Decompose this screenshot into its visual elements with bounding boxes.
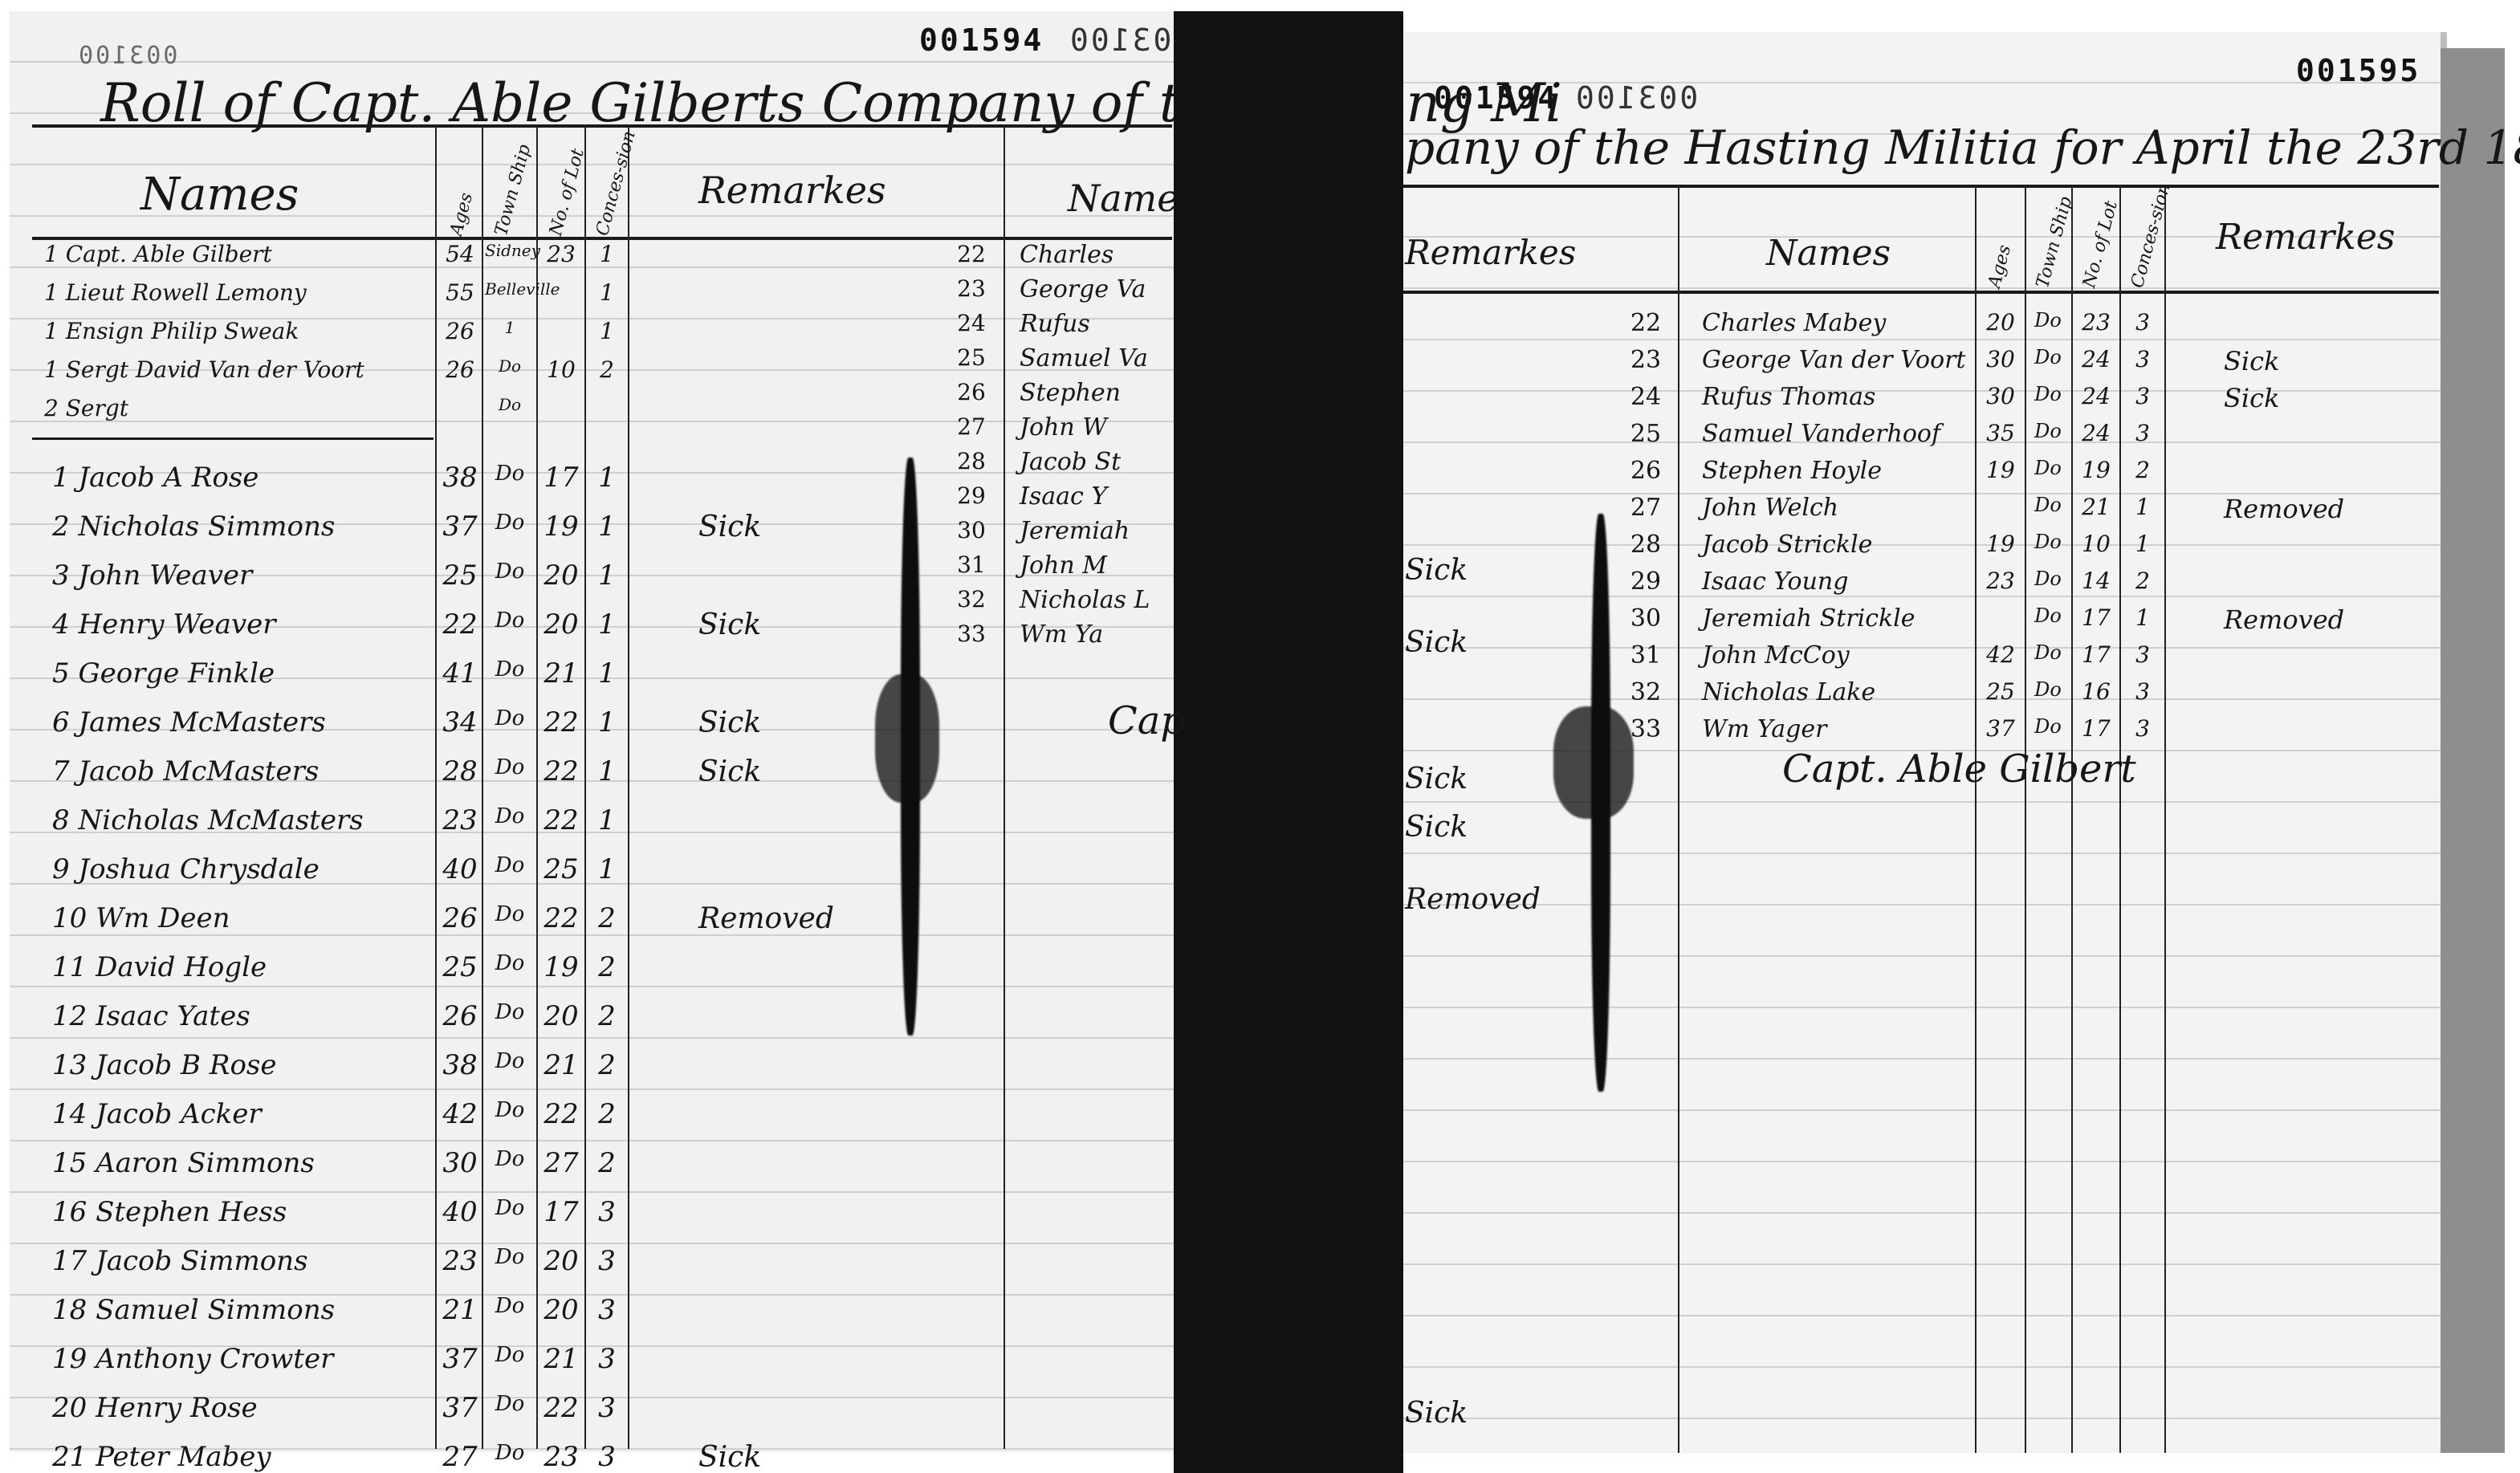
col-rule [536, 124, 538, 1449]
officer-name: 2 Sergt [44, 395, 128, 421]
lot-cell: 19 [539, 511, 583, 543]
private-name: Jeremiah Strickle [1702, 604, 1915, 633]
remark-cell: Sick [1405, 554, 1468, 587]
row-number: 32 [947, 586, 995, 612]
township-cell: Do [485, 1196, 535, 1220]
township-cell: Do [2026, 641, 2070, 664]
township-cell: Sidney [485, 241, 535, 260]
township-cell: Do [2026, 309, 2070, 332]
private-name: Wm Yager [1702, 715, 1826, 743]
concession-cell: 2 [588, 951, 626, 983]
col-rule [584, 124, 586, 1449]
lot-cell: 17 [2074, 715, 2118, 742]
row-number: 22 [1622, 309, 1670, 337]
remark-cell: Sick [698, 755, 761, 788]
lot-cell: 20 [539, 1245, 583, 1277]
private-name: 14 Jacob Acker [52, 1098, 262, 1130]
township-cell: Do [485, 951, 535, 975]
township-cell: Do [485, 1343, 535, 1367]
private-name-partial: Samuel Va [1020, 344, 1148, 372]
row-number: 24 [947, 310, 995, 336]
row-number: 27 [1622, 494, 1670, 522]
township-cell: Do [2026, 531, 2070, 553]
remark-cell: Sick [1405, 763, 1468, 796]
lot-cell: 22 [539, 902, 583, 934]
officer-name: 1 Ensign Philip Sweak [44, 318, 299, 344]
ink-blot [875, 674, 939, 803]
private-name-partial: Wm Ya [1020, 621, 1103, 649]
lot-cell: 17 [2074, 641, 2118, 668]
township-cell: Do [485, 356, 535, 376]
private-name: 11 David Hogle [52, 951, 267, 983]
lot-cell: 21 [539, 1049, 583, 1081]
private-name: 19 Anthony Crowter [52, 1343, 333, 1375]
concession-cell: 1 [2123, 531, 2163, 557]
age-cell: 37 [440, 511, 480, 543]
township-cell: Do [485, 395, 535, 414]
age-cell: 37 [440, 1343, 480, 1375]
concession-cell: 1 [588, 279, 626, 306]
private-name-partial: Nicholas L [1020, 586, 1150, 614]
col-rule [1678, 185, 1679, 1453]
private-name: 16 Stephen Hess [52, 1196, 287, 1228]
age-cell: 42 [1978, 641, 2023, 668]
lot-cell: 21 [539, 1343, 583, 1375]
lot-cell: 21 [539, 657, 583, 690]
age-cell: 30 [1978, 383, 2023, 409]
private-name: Nicholas Lake [1702, 678, 1875, 706]
lot-cell: 23 [539, 241, 583, 267]
remark-cell: Removed [698, 902, 834, 935]
remark-cell: Removed [2224, 494, 2344, 524]
lot-cell: 19 [2074, 457, 2118, 483]
township-cell: Do [485, 511, 535, 535]
concession-cell: 2 [2123, 457, 2163, 483]
row-number: 33 [947, 621, 995, 647]
age-cell: 23 [1978, 568, 2023, 594]
concession-cell: 3 [588, 1441, 626, 1473]
row-number: 29 [947, 482, 995, 509]
private-name: Samuel Vanderhoof [1702, 420, 1940, 448]
private-name: 5 George Finkle [52, 657, 275, 690]
age-cell: 30 [440, 1147, 480, 1179]
concession-cell: 3 [588, 1245, 626, 1277]
age-cell: 25 [1978, 678, 2023, 705]
concession-cell: 3 [2123, 420, 2163, 446]
page-edge-shadow-right [2441, 48, 2505, 1453]
township-cell: Do [2026, 568, 2070, 590]
row-number: 27 [947, 413, 995, 440]
names-header: Names [140, 169, 299, 221]
private-name-partial: George Va [1020, 275, 1146, 303]
age-cell: 30 [1978, 346, 2023, 372]
township-cell: Do [2026, 420, 2070, 442]
lot-cell: 22 [539, 1098, 583, 1130]
col-rule [1975, 185, 1977, 1453]
private-name: 17 Jacob Simmons [52, 1245, 308, 1277]
private-name: Stephen Hoyle [1702, 457, 1882, 485]
concession-cell: 3 [2123, 641, 2163, 668]
remark-cell: Sick [698, 511, 761, 543]
private-name: 20 Henry Rose [52, 1392, 258, 1424]
concession-cell: 3 [2123, 678, 2163, 705]
remark-cell: Sick [1405, 626, 1468, 659]
names-header: Names [1766, 233, 1891, 274]
roll-title-right: pany of the Hasting Militia for April th… [1405, 120, 2520, 175]
age-cell: 19 [1978, 457, 2023, 483]
row-number: 23 [1622, 346, 1670, 374]
age-cell: 40 [440, 1196, 480, 1228]
township-cell: Do [485, 853, 535, 877]
private-name: 8 Nicholas McMasters [52, 804, 364, 836]
row-number: 30 [947, 517, 995, 543]
concession-cell: 1 [588, 706, 626, 739]
age-cell: 26 [440, 318, 480, 344]
township-cell: Do [485, 706, 535, 730]
concession-cell: 2 [588, 1147, 626, 1179]
concession-cell: 1 [2123, 604, 2163, 631]
private-name: Isaac Young [1702, 568, 1848, 596]
remarks-header: Remarkes [2216, 217, 2395, 258]
lot-cell: 17 [539, 462, 583, 494]
col-rule [2071, 185, 2073, 1453]
private-name: 1 Jacob A Rose [52, 462, 259, 494]
concession-cell: 2 [588, 1000, 626, 1032]
private-name-partial: Isaac Y [1020, 482, 1107, 511]
row-number: 29 [1622, 568, 1670, 596]
ink-blot [1553, 706, 1634, 819]
lot-cell: 20 [539, 1294, 583, 1326]
row-number: 30 [1622, 604, 1670, 633]
stamp-number: 001595 [2296, 53, 2420, 88]
col-rule [628, 124, 629, 1449]
township-cell: Do [2026, 457, 2070, 479]
township-cell: Do [2026, 678, 2070, 701]
remark-cell: Sick [2224, 346, 2279, 376]
age-cell: 19 [1978, 531, 2023, 557]
lot-cell: 22 [539, 706, 583, 739]
concession-cell: 3 [588, 1294, 626, 1326]
scan-binding-gap [1174, 11, 1403, 1473]
concession-cell: 1 [588, 608, 626, 641]
lot-cell: 24 [2074, 420, 2118, 446]
age-cell: 23 [440, 1245, 480, 1277]
lot-cell: 24 [2074, 383, 2118, 409]
private-name-partial: John W [1020, 413, 1107, 441]
private-name: Charles Mabey [1702, 309, 1886, 337]
private-name-partial: Charles [1020, 241, 1113, 269]
concession-cell: 3 [2123, 309, 2163, 336]
lot-cell: 17 [539, 1196, 583, 1228]
age-cell: 35 [1978, 420, 2023, 446]
remark-cell: Sick [2224, 383, 2279, 413]
age-cell: 55 [440, 279, 480, 306]
concession-cell: 1 [2123, 494, 2163, 520]
age-cell: 23 [440, 804, 480, 836]
row-number: 25 [947, 344, 995, 371]
private-name: 18 Samuel Simmons [52, 1294, 335, 1326]
age-cell: 54 [440, 241, 480, 267]
private-name: 12 Isaac Yates [52, 1000, 250, 1032]
age-cell: 38 [440, 462, 480, 494]
col-rule [2164, 185, 2166, 1453]
row-number: 28 [1622, 531, 1670, 559]
lot-cell: 20 [539, 1000, 583, 1032]
remark-cell: Removed [2224, 604, 2344, 635]
row-number: 25 [1622, 420, 1670, 448]
officer-name: 1 Lieut Rowell Lemony [44, 279, 307, 306]
remark-cell: Sick [698, 1441, 761, 1473]
private-name-partial: Jacob St [1020, 448, 1121, 476]
private-name: 2 Nicholas Simmons [52, 511, 335, 543]
lot-cell: 25 [539, 853, 583, 885]
concession-cell: 3 [2123, 715, 2163, 742]
officer-name: 1 Sergt David Van der Voort [44, 356, 364, 383]
township-cell: 1 [485, 318, 535, 337]
captain-signature: Capt. Able Gilbert [1782, 747, 2136, 791]
township-cell: Do [2026, 715, 2070, 738]
private-name: 3 John Weaver [52, 559, 252, 592]
age-cell: 26 [440, 902, 480, 934]
private-name: 15 Aaron Simmons [52, 1147, 315, 1179]
header-rule [32, 237, 1172, 240]
private-name: 21 Peter Mabey [52, 1441, 271, 1473]
township-cell: Do [485, 657, 535, 682]
row-number: 24 [1622, 383, 1670, 411]
concession-cell: 1 [588, 318, 626, 344]
row-number: 23 [947, 275, 995, 302]
private-name: 6 James McMasters [52, 706, 326, 739]
township-cell: Do [485, 608, 535, 633]
col-rule [2119, 185, 2121, 1453]
concession-cell: 2 [588, 356, 626, 383]
row-number: 22 [947, 241, 995, 267]
lot-cell: 16 [2074, 678, 2118, 705]
age-cell: 40 [440, 853, 480, 885]
private-name: Jacob Strickle [1702, 531, 1872, 559]
concession-cell: 1 [588, 853, 626, 885]
header-rule [1403, 185, 2439, 188]
officer-name: 1 Capt. Able Gilbert [44, 241, 272, 267]
remark-cell: Removed [1405, 883, 1541, 916]
concession-cell: 3 [2123, 383, 2163, 409]
lot-cell: 10 [539, 356, 583, 383]
township-cell: Do [485, 1245, 535, 1269]
lot-cell: 17 [2074, 604, 2118, 631]
township-cell: Do [2026, 604, 2070, 627]
private-name: 4 Henry Weaver [52, 608, 276, 641]
row-number: 31 [1622, 641, 1670, 669]
age-cell: 26 [440, 356, 480, 383]
remark-cell: Sick [698, 706, 761, 739]
row-number: 26 [947, 379, 995, 405]
age-cell: 25 [440, 951, 480, 983]
age-cell: 28 [440, 755, 480, 787]
concession-cell: 1 [588, 462, 626, 494]
row-number: 31 [947, 551, 995, 578]
private-name: 7 Jacob McMasters [52, 755, 319, 787]
captain-signature-partial: Cap [1108, 698, 1185, 743]
stamp-number: 001594 [919, 22, 1044, 58]
age-cell: 42 [440, 1098, 480, 1130]
concession-cell: 3 [2123, 346, 2163, 372]
private-name: John Welch [1702, 494, 1838, 522]
private-name: 9 Joshua Chrysdale [52, 853, 320, 885]
remark-cell: Sick [1405, 1397, 1468, 1430]
township-cell: Do [485, 1147, 535, 1171]
age-cell: 34 [440, 706, 480, 739]
lot-cell: 23 [539, 1441, 583, 1473]
lot-cell: 10 [2074, 531, 2118, 557]
private-name: George Van der Voort [1702, 346, 1966, 374]
concession-cell: 2 [588, 1049, 626, 1081]
lot-cell: 22 [539, 804, 583, 836]
remarks-header: Remarkes [698, 169, 886, 212]
concession-cell: 1 [588, 657, 626, 690]
age-cell: 37 [1978, 715, 2023, 742]
row-number: 26 [1622, 457, 1670, 485]
concession-cell: 2 [2123, 568, 2163, 594]
age-cell: 38 [440, 1049, 480, 1081]
private-name-partial: Rufus [1020, 310, 1090, 338]
concession-cell: 1 [588, 241, 626, 267]
private-name: John McCoy [1702, 641, 1850, 669]
stamp-number-mirrored: 003100 [1573, 80, 1698, 116]
remark-cell: Sick [698, 608, 761, 641]
concession-cell: 3 [588, 1343, 626, 1375]
private-name: 10 Wm Deen [52, 902, 230, 934]
lot-cell: 20 [539, 608, 583, 641]
private-name-partial: Jeremiah [1020, 517, 1130, 545]
col-rule [1004, 124, 1005, 1449]
township-cell: Do [485, 1049, 535, 1073]
township-cell: Do [485, 902, 535, 926]
lot-cell: 19 [539, 951, 583, 983]
township-cell: Do [485, 1441, 535, 1465]
lot-cell: 27 [539, 1147, 583, 1179]
age-cell: 41 [440, 657, 480, 690]
lot-cell: 22 [539, 1392, 583, 1424]
age-cell: 21 [440, 1294, 480, 1326]
concession-cell: 1 [588, 559, 626, 592]
remark-cell: Sick [1405, 811, 1468, 844]
lot-cell: 24 [2074, 346, 2118, 372]
private-name: Rufus Thomas [1702, 383, 1875, 411]
township-cell: Do [485, 755, 535, 779]
private-name: 13 Jacob B Rose [52, 1049, 277, 1081]
township-cell: Do [2026, 494, 2070, 516]
concession-cell: 3 [588, 1196, 626, 1228]
row-number: 32 [1622, 678, 1670, 706]
private-name-partial: Stephen [1020, 379, 1121, 407]
age-cell: 37 [440, 1392, 480, 1424]
township-cell: Do [485, 559, 535, 584]
concession-cell: 1 [588, 804, 626, 836]
concession-cell: 3 [588, 1392, 626, 1424]
age-cell: 26 [440, 1000, 480, 1032]
private-name-partial: John M [1020, 551, 1107, 580]
col-rule [482, 124, 483, 1449]
stamp-number-faint: 003100 [76, 42, 177, 70]
township-cell: Do [485, 1098, 535, 1122]
township-cell: Do [485, 804, 535, 828]
township-cell: Do [485, 1392, 535, 1416]
lot-cell: 14 [2074, 568, 2118, 594]
age-cell: 27 [440, 1441, 480, 1473]
col-rule [2025, 185, 2026, 1453]
lot-cell: 20 [539, 559, 583, 592]
header-rule [32, 124, 1172, 128]
township-cell: Do [485, 1000, 535, 1024]
concession-cell: 1 [588, 511, 626, 543]
col-rule [435, 124, 437, 1449]
lot-cell: 23 [2074, 309, 2118, 336]
lot-cell: 21 [2074, 494, 2118, 520]
township-cell: Do [485, 462, 535, 486]
remarks-header: Remarkes [1405, 233, 1576, 272]
township-cell: Do [2026, 346, 2070, 368]
age-cell: 22 [440, 608, 480, 641]
row-number: 28 [947, 448, 995, 474]
header-rule [1403, 291, 2439, 294]
concession-cell: 1 [588, 755, 626, 787]
lot-cell: 22 [539, 755, 583, 787]
age-cell: 25 [440, 559, 480, 592]
age-cell: 20 [1978, 309, 2023, 336]
township-cell: Belleville [485, 279, 535, 299]
concession-cell: 2 [588, 1098, 626, 1130]
officer-divider [32, 437, 434, 440]
concession-cell: 2 [588, 902, 626, 934]
township-cell: Do [485, 1294, 535, 1318]
township-cell: Do [2026, 383, 2070, 405]
